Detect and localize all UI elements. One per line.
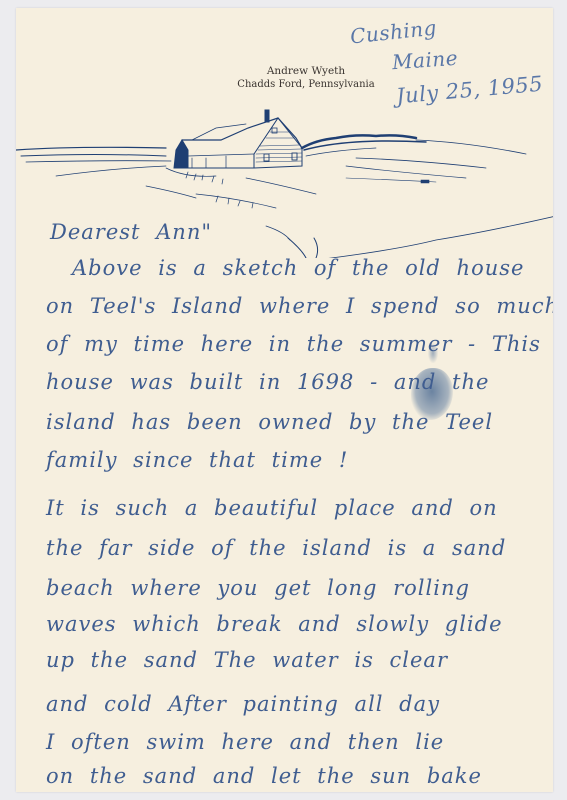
letter-line: beach where you get long rolling [46,576,470,600]
letter-line: waves which break and slowly glide [46,612,503,636]
location-town: Cushing [349,16,438,49]
letter-line: It is such a beautiful place and on [46,496,498,520]
letter-line: on the sand and let the sun bake [46,764,482,788]
letter-line: Above is a sketch of the old house [72,256,524,280]
letter-line: island has been owned by the Teel [46,410,493,434]
letter-page: Andrew Wyeth Chadds Ford, Pennsylvania C… [16,8,553,792]
location-state: Maine [391,46,459,75]
letter-line: I often swim here and then lie [46,730,444,754]
letter-line: of my time here in the summer - This [46,332,541,356]
letter-line: up the sand The water is clear [46,648,448,672]
letter-line: the far side of the island is a sand [46,536,506,560]
letter-line: and cold After painting all day [46,692,440,716]
letter-line: family since that time ! [46,448,348,472]
letter-line: house was built in 1698 - and the [46,370,489,394]
letterhead-place: Chadds Ford, Pennsylvania [206,78,406,92]
salutation: Dearest Ann" [50,220,212,244]
letter-line: on Teel's Island where I spend so much [46,294,553,318]
letterhead-name: Andrew Wyeth [206,64,406,78]
letterhead: Andrew Wyeth Chadds Ford, Pennsylvania [206,64,406,92]
